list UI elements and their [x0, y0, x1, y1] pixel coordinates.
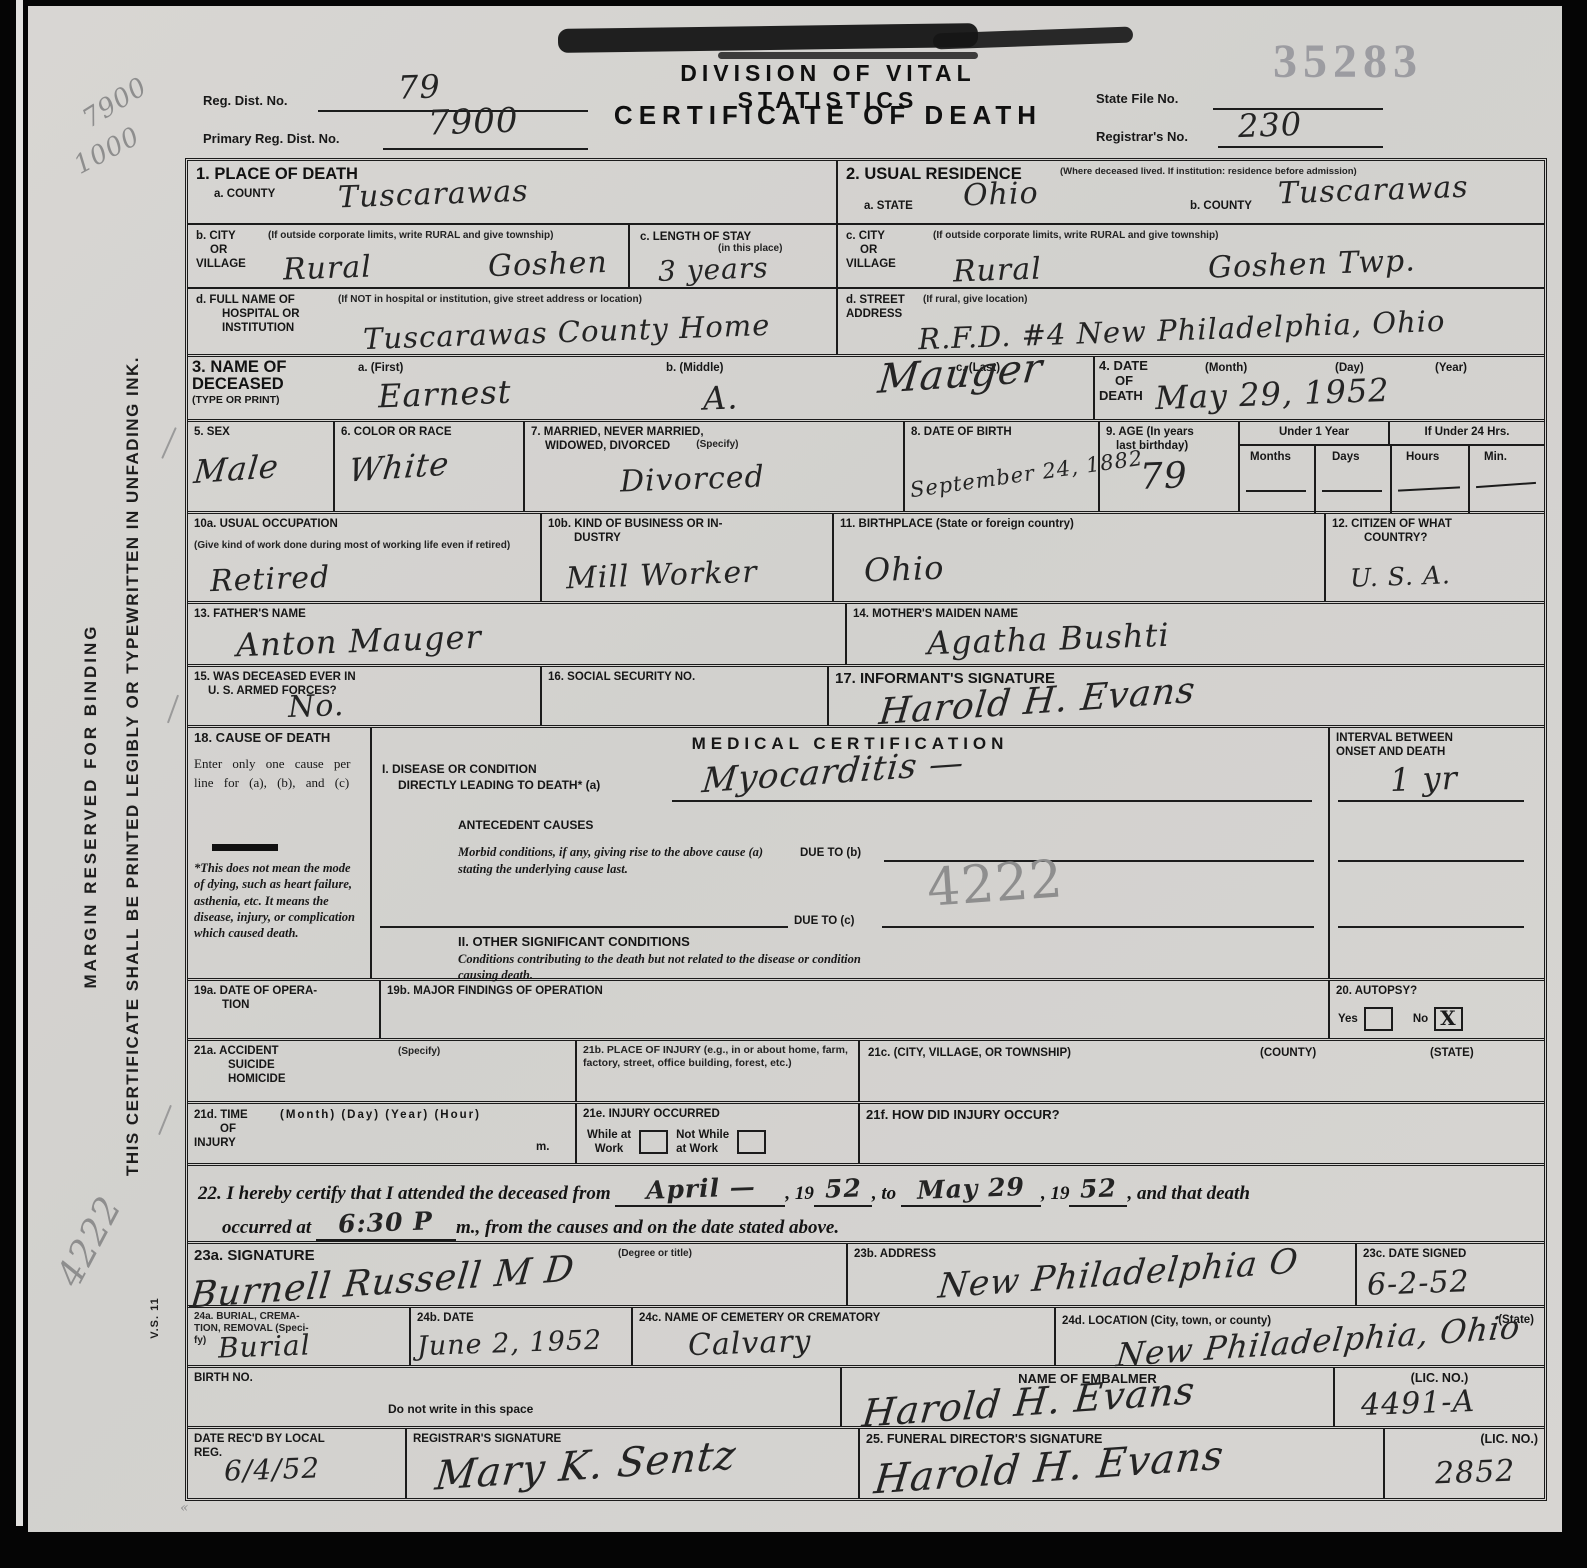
under-1-year-header: Under 1 Year: [1240, 422, 1390, 444]
certify-text-1: 22. I hereby certify that I attended the…: [198, 1183, 611, 1204]
pencil-stroke: [161, 427, 177, 459]
notwhile-label-1: Not While: [676, 1128, 729, 1142]
writing-line: [882, 926, 1314, 928]
from-year-field: 52: [814, 1176, 872, 1207]
funeral-director-section: 25. FUNERAL DIRECTOR'S SIGNATURE Harold …: [858, 1429, 1383, 1498]
certify-text-4: , 19: [1041, 1183, 1070, 1204]
armed-forces-section: 15. WAS DECEASED EVER IN U. S. ARMED FOR…: [188, 667, 540, 725]
city-label-1: b. CITY: [196, 229, 254, 243]
row-operation: 19a. DATE OF OPERA- TION 19b. MAJOR FIND…: [188, 978, 1544, 1038]
degree-title-note: (Degree or title): [618, 1248, 692, 1260]
certificate-paper: MARGIN RESERVED FOR BINDING THIS CERTIFI…: [28, 6, 1562, 1532]
institution-subrow: d. FULL NAME OF HOSPITAL OR INSTITUTION …: [188, 289, 836, 354]
institution-label-1: d. FULL NAME OF: [196, 293, 326, 307]
dod-title-2: OF: [1099, 374, 1148, 389]
hours-label: Hours: [1406, 450, 1439, 464]
name-of-deceased-section: 3. NAME OF DECEASED (TYPE OR PRINT) a. (…: [188, 357, 1093, 419]
residence-county-value: Tuscarawas: [1277, 170, 1469, 212]
first-name-value: Earnest: [377, 373, 512, 416]
embalmer-name-section: NAME OF EMBALMER Harold H. Evans: [840, 1368, 1333, 1426]
certify-text-5: , and that death: [1127, 1183, 1249, 1204]
certify-text-7: m., from the causes and on the date stat…: [456, 1217, 839, 1238]
injury-occurred-options: While at Work Not While at Work: [587, 1128, 766, 1156]
registrar-no-value: 230: [1237, 105, 1302, 145]
divider: [1468, 446, 1470, 514]
mother-value: Agatha Bushti: [926, 616, 1170, 662]
name-title-3: (TYPE OR PRINT): [192, 394, 286, 407]
pencil-note-1000: 1000: [69, 121, 145, 180]
row-burial: 24a. BURIAL, CREMA- TION, REMOVAL (Speci…: [188, 1305, 1544, 1365]
accident-label-2: SUICIDE: [194, 1058, 569, 1072]
residence-city-label-3: VILLAGE: [846, 257, 906, 271]
row-occupation: 10a. USUAL OCCUPATION (Give kind of work…: [188, 511, 1544, 601]
death-time-field: 6:30 P: [316, 1210, 456, 1241]
other-conditions-title: II. OTHER SIGNIFICANT CONDITIONS: [458, 934, 690, 950]
date-of-death-section: 4. DATE OF DEATH (Month) (Day) (Year) Ma…: [1093, 357, 1544, 419]
middle-name-value: A.: [702, 378, 739, 417]
disease-label-1: I. DISEASE OR CONDITION: [382, 762, 537, 777]
institution-label-3: INSTITUTION: [196, 321, 326, 335]
row-medical-certification: 18. CAUSE OF DEATH Enter only one cause …: [188, 725, 1544, 978]
occupation-label: 10a. USUAL OCCUPATION: [194, 517, 534, 531]
sex-section: 5. SEX Male: [188, 422, 333, 511]
occupation-section: 10a. USUAL OCCUPATION (Give kind of work…: [188, 514, 540, 601]
pencil-note-7900: 7900: [77, 72, 152, 135]
date-received-section: DATE REC'D BY LOCAL REG. 6/4/52: [188, 1429, 405, 1498]
infant-age-section: Under 1 Year If Under 24 Hrs. Months Day…: [1238, 422, 1544, 511]
date-signed-section: 23c. DATE SIGNED 6-2-52: [1355, 1244, 1544, 1305]
row-name-date: 3. NAME OF DECEASED (TYPE OR PRINT) a. (…: [188, 354, 1544, 419]
residence-city-label-1: c. CITY: [846, 229, 906, 243]
citizen-label-2: COUNTRY?: [1332, 531, 1538, 545]
birthplace-value: Ohio: [863, 549, 945, 590]
residence-township-value: Goshen Twp.: [1207, 243, 1416, 285]
unfading-ink-text: THIS CERTIFICATE SHALL BE PRINTED LEGIBL…: [123, 356, 143, 1176]
while-at-work-checkbox: [639, 1130, 668, 1154]
antecedent-label: ANTECEDENT CAUSES: [458, 818, 593, 833]
injury-time-section: 21d. TIME OF INJURY (Month) (Day) (Year)…: [188, 1104, 575, 1163]
bottom-mark: «: [180, 1500, 190, 1516]
burial-date-section: 24b. DATE June 2, 1952: [409, 1308, 631, 1365]
dob-section: 8. DATE OF BIRTH September 24, 1882: [903, 422, 1098, 511]
industry-section: 10b. KIND OF BUSINESS OR IN- DUSTRY Mill…: [540, 514, 832, 601]
autopsy-no-checkbox: X: [1434, 1007, 1463, 1031]
name-title-2: DECEASED: [192, 376, 286, 393]
due-to-b-label: DUE TO (b): [800, 846, 861, 860]
residence-state-value: Ohio: [962, 176, 1039, 214]
certify-text-6: occurred at: [222, 1217, 311, 1238]
burial-type-label-1: 24a. BURIAL, CREMA-: [194, 1311, 403, 1323]
pencil-stroke: [167, 695, 179, 724]
accident-label-3: HOMICIDE: [194, 1072, 569, 1086]
county-label: a. COUNTY: [214, 187, 275, 201]
institution-label-2: HOSPITAL OR: [196, 307, 326, 321]
birthplace-label: 11. BIRTHPLACE (State or foreign country…: [840, 517, 1318, 531]
industry-label-1: 10b. KIND OF BUSINESS OR IN-: [548, 517, 826, 531]
scanned-death-certificate: { "scan": { "stamp": "35283", "pencil_to…: [0, 0, 1587, 1568]
date-signed-value: 6-2-52: [1366, 1264, 1470, 1303]
injury-county-label: (COUNTY): [1260, 1046, 1316, 1060]
injury-occurred-section: 21e. INJURY OCCURRED While at Work Not W…: [575, 1104, 858, 1163]
first-name-label: a. (First): [358, 361, 403, 375]
document-subtitle: CERTIFICATE OF DEATH: [588, 100, 1068, 131]
operation-findings-section: 19b. MAJOR FINDINGS OF OPERATION: [379, 981, 1328, 1038]
dob-label: 8. DATE OF BIRTH: [911, 425, 1092, 439]
row-identifiers: 15. WAS DECEASED EVER IN U. S. ARMED FOR…: [188, 664, 1544, 725]
institution-label-block: d. FULL NAME OF HOSPITAL OR INSTITUTION: [196, 293, 326, 335]
street-label-2: ADDRESS: [846, 307, 916, 321]
burial-location-section: 24d. LOCATION (City, town, or county) (S…: [1054, 1308, 1544, 1365]
sex-label: 5. SEX: [194, 425, 327, 439]
interval-label-1: INTERVAL BETWEEN: [1336, 731, 1538, 745]
dod-year-label: (Year): [1435, 361, 1467, 375]
not-while-at-work-label: Not While at Work: [676, 1128, 729, 1156]
attended-from-value: April —: [645, 1172, 756, 1205]
how-injury-label: 21f. HOW DID INJURY OCCUR?: [866, 1107, 1538, 1123]
primary-reg-dist-value: 7900: [427, 100, 519, 143]
certify-text-2: , 19: [785, 1183, 814, 1204]
row-injury-time: 21d. TIME OF INJURY (Month) (Day) (Year)…: [188, 1101, 1544, 1163]
row-vitals: 5. SEX Male 6. COLOR OR RACE White 7. MA…: [188, 419, 1544, 511]
pencil-note-4222-margin: 4222: [49, 1190, 130, 1294]
operation-date-label-2: TION: [194, 998, 373, 1012]
row-certify-statement: 22. I hereby certify that I attended the…: [188, 1163, 1544, 1241]
infant-age-cells: Months Days Hours Min.: [1240, 446, 1544, 514]
director-lic-value: 2852: [1434, 1454, 1516, 1492]
injury-time-label-block: 21d. TIME OF INJURY: [194, 1108, 248, 1150]
checkmark-x: X: [1440, 1006, 1456, 1030]
injury-city-label: 21c. (CITY, VILLAGE, OR TOWNSHIP): [868, 1046, 1071, 1060]
row-parents: 13. FATHER'S NAME Anton Mauger 14. MOTHE…: [188, 601, 1544, 664]
age-section: 9. AGE (In years last birthday) 79: [1098, 422, 1238, 511]
place-of-death-title: 1. PLACE OF DEATH: [196, 166, 358, 183]
while-label-1: While at: [587, 1128, 631, 1142]
redaction-smudge: [718, 52, 978, 59]
embalmer-lic-value: 4491-A: [1360, 1384, 1475, 1423]
street-label-block: d. STREET ADDRESS: [846, 293, 916, 321]
occupation-value: Retired: [209, 560, 330, 599]
race-label: 6. COLOR OR RACE: [341, 425, 517, 439]
certify-statement-section: 22. I hereby certify that I attended the…: [188, 1166, 1544, 1241]
attended-to-value: May 29: [917, 1172, 1026, 1205]
dod-title-block: 4. DATE OF DEATH: [1099, 359, 1148, 404]
father-section: 13. FATHER'S NAME Anton Mauger: [188, 604, 845, 664]
registrar-signature-section: REGISTRAR'S SIGNATURE Mary K. Sentz: [405, 1429, 858, 1498]
autopsy-options: Yes No X: [1338, 1007, 1463, 1031]
injury-time-m-label: m.: [536, 1140, 549, 1154]
length-of-stay-value: 3 years: [657, 251, 769, 288]
autopsy-label: 20. AUTOPSY?: [1336, 984, 1538, 998]
writing-line: [1338, 926, 1524, 928]
writing-line: [672, 800, 1312, 802]
row-place-residence: 1. PLACE OF DEATH a. COUNTY Tuscarawas b…: [188, 161, 1544, 354]
director-lic-section: (LIC. NO.) 2852: [1383, 1429, 1544, 1498]
writing-line: [1338, 860, 1524, 862]
death-time-value: 6:30 P: [338, 1206, 434, 1238]
occupation-note: (Give kind of work done during most of w…: [194, 540, 514, 552]
dod-value: May 29, 1952: [1154, 371, 1390, 417]
morbid-note: Morbid conditions, if any, giving rise t…: [458, 844, 778, 878]
not-while-at-work-checkbox: [737, 1130, 766, 1154]
medical-certification-column: MEDICAL CERTIFICATION I. DISEASE OR COND…: [370, 728, 1328, 978]
dod-title-3: DEATH: [1099, 389, 1148, 404]
physician-signature-section: 23a. SIGNATURE (Degree or title) Burnell…: [188, 1244, 846, 1305]
age-label-1: 9. AGE (In years: [1106, 425, 1232, 439]
mother-section: 14. MOTHER'S MAIDEN NAME Agatha Bushti: [845, 604, 1544, 664]
injury-time-label-1: 21d. TIME: [194, 1108, 248, 1122]
age-label-2: last birthday): [1106, 439, 1232, 453]
interval-column: INTERVAL BETWEEN ONSET AND DEATH 1 yr: [1328, 728, 1544, 978]
cause-instructions: Enter only one cause per line for (a), (…: [194, 754, 352, 793]
while-at-work-label: While at Work: [587, 1128, 631, 1156]
do-not-write-note: Do not write in this space: [388, 1402, 533, 1417]
primary-reg-dist-label: Primary Reg. Dist. No.: [203, 132, 340, 147]
city-subrow: b. CITY OR VILLAGE (If outside corporate…: [188, 225, 836, 289]
row-registrar: DATE REC'D BY LOCAL REG. 6/4/52 REGISTRA…: [188, 1426, 1544, 1498]
row-injury-place: 21a. ACCIDENT SUICIDE HOMICIDE (Specify)…: [188, 1038, 1544, 1101]
institution-value: Tuscarawas County Home: [363, 308, 771, 356]
disease-label-2: DIRECTLY LEADING TO DEATH* (a): [398, 778, 600, 793]
cause-of-death-column: 18. CAUSE OF DEATH Enter only one cause …: [188, 728, 370, 978]
writing-line: [1246, 490, 1306, 492]
interval-value: 1 yr: [1389, 759, 1458, 799]
other-conditions-note: Conditions contributing to the death but…: [458, 952, 878, 983]
armed-forces-label-1: 15. WAS DECEASED EVER IN: [194, 670, 534, 684]
place-of-injury-section: 21b. PLACE OF INJURY (e.g., in or about …: [575, 1041, 858, 1101]
writing-line: [1322, 490, 1382, 492]
father-label: 13. FATHER'S NAME: [194, 607, 839, 621]
file-number-stamp: 35283: [1273, 34, 1423, 89]
redaction-smudge: [558, 23, 978, 53]
dod-month-label: (Month): [1205, 361, 1247, 375]
injury-location-section: 21c. (CITY, VILLAGE, OR TOWNSHIP) (COUNT…: [858, 1041, 1544, 1101]
thick-rule: [212, 844, 278, 851]
date-received-label-1: DATE REC'D BY LOCAL: [194, 1432, 399, 1446]
county-subrow: 1. PLACE OF DEATH a. COUNTY Tuscarawas: [188, 161, 836, 225]
industry-label-2: DUSTRY: [548, 531, 826, 545]
street-note: (If rural, give location): [923, 294, 1143, 306]
armed-forces-value: No.: [287, 688, 345, 725]
residence-county-label: b. COUNTY: [1190, 199, 1252, 213]
under-24-hrs-header: If Under 24 Hrs.: [1390, 422, 1544, 444]
place-of-injury-label: 21b. PLACE OF INJURY (e.g., in or about …: [583, 1044, 852, 1069]
pencil-number-4222: 4222: [925, 849, 1065, 918]
injury-occurred-label: 21e. INJURY OCCURRED: [583, 1107, 852, 1121]
race-value: White: [347, 444, 451, 489]
cemetery-label: 24c. NAME OF CEMETERY OR CREMATORY: [639, 1311, 1048, 1325]
writing-line: [1398, 486, 1460, 491]
physician-address-section: 23b. ADDRESS New Philadelphia O: [846, 1244, 1355, 1305]
burial-type-value: Burial: [217, 1328, 311, 1364]
cemetery-value: Calvary: [687, 1324, 812, 1363]
form-code: V.S. 11: [149, 1297, 161, 1338]
city-label-block: b. CITY OR VILLAGE: [196, 229, 254, 271]
certify-text-3: , to: [872, 1183, 896, 1204]
residence-state-label: a. STATE: [864, 199, 913, 213]
attended-from-field: April —: [615, 1176, 785, 1207]
marital-value: Divorced: [619, 459, 765, 499]
ssn-section: 16. SOCIAL SECURITY NO.: [540, 667, 827, 725]
middle-name-label: b. (Middle): [666, 361, 724, 375]
to-year-field: 52: [1069, 1176, 1127, 1207]
injury-state-label: (STATE): [1430, 1046, 1474, 1060]
min-label: Min.: [1484, 450, 1507, 464]
marital-label-1: 7. MARRIED, NEVER MARRIED,: [531, 425, 897, 439]
township-value: Goshen: [487, 245, 608, 284]
divider: [1314, 446, 1316, 514]
city-note: (If outside corporate limits, write RURA…: [268, 230, 568, 242]
operation-date-section: 19a. DATE OF OPERA- TION: [188, 981, 379, 1038]
from-year-value: 52: [824, 1173, 862, 1203]
accident-label-1: 21a. ACCIDENT: [194, 1044, 569, 1058]
marital-specify-note: (Specify): [696, 439, 738, 453]
interval-label-2: ONSET AND DEATH: [1336, 745, 1538, 759]
days-label: Days: [1332, 450, 1360, 464]
row-embalmer: BIRTH NO. Do not write in this space NAM…: [188, 1365, 1544, 1426]
writing-line: [380, 926, 788, 928]
mother-label: 14. MOTHER'S MAIDEN NAME: [853, 607, 1538, 621]
divider: [628, 225, 630, 287]
father-value: Anton Mauger: [235, 618, 482, 665]
accident-specify-note: (Specify): [398, 1046, 440, 1058]
registrar-no-label: Registrar's No.: [1096, 130, 1188, 145]
injury-time-label-2: OF: [194, 1122, 248, 1136]
county-value: Tuscarawas: [337, 174, 529, 216]
residence-city-label-2: OR: [846, 243, 906, 257]
date-signed-label: 23c. DATE SIGNED: [1363, 1247, 1538, 1261]
cause-of-death-title: 18. CAUSE OF DEATH: [194, 731, 364, 746]
city-label-2: OR: [196, 243, 254, 257]
residence-city-value: Rural: [952, 251, 1042, 289]
writing-line: [1218, 146, 1383, 148]
institution-note: (If NOT in hospital or institution, give…: [338, 294, 808, 306]
date-received-value: 6/4/52: [223, 1451, 320, 1487]
to-year-value: 52: [1080, 1173, 1118, 1203]
sheet-edge: [16, 0, 23, 1526]
citizen-section: 12. CITIZEN OF WHAT COUNTRY? U. S. A.: [1324, 514, 1544, 601]
autopsy-yes-checkbox: [1364, 1007, 1393, 1031]
divider: [1390, 446, 1392, 514]
operation-date-label-1: 19a. DATE OF OPERA-: [194, 984, 373, 998]
place-of-death-section: 1. PLACE OF DEATH a. COUNTY Tuscarawas b…: [188, 161, 836, 354]
armed-forces-label-2: U. S. ARMED FORCES?: [194, 684, 534, 698]
writing-line: [383, 148, 588, 150]
attended-to-field: May 29: [901, 1176, 1041, 1207]
marital-section: 7. MARRIED, NEVER MARRIED, WIDOWED, DIVO…: [523, 422, 903, 511]
operation-findings-label: 19b. MAJOR FINDINGS OF OPERATION: [387, 984, 1322, 998]
writing-line: [1338, 800, 1524, 802]
injury-time-columns: (Month) (Day) (Year) (Hour): [280, 1108, 481, 1122]
infant-age-headers: Under 1 Year If Under 24 Hrs.: [1240, 422, 1544, 446]
usual-residence-section: 2. USUAL RESIDENCE (Where deceased lived…: [836, 161, 1544, 354]
reg-dist-value: 79: [397, 67, 441, 106]
marital-label-2: WIDOWED, DIVORCED: [531, 439, 670, 453]
how-injury-section: 21f. HOW DID INJURY OCCUR?: [858, 1104, 1544, 1163]
age-value: 79: [1139, 455, 1188, 498]
citizen-label-1: 12. CITIZEN OF WHAT: [1332, 517, 1538, 531]
state-file-label: State File No.: [1096, 92, 1178, 107]
writing-line: [1476, 482, 1536, 488]
residence-city-subrow: c. CITY OR VILLAGE (If outside corporate…: [838, 225, 1544, 289]
row-physician: 23a. SIGNATURE (Degree or title) Burnell…: [188, 1241, 1544, 1305]
city-value: Rural: [282, 249, 372, 287]
ssn-label: 16. SOCIAL SECURITY NO.: [548, 670, 821, 684]
burial-date-value: June 2, 1952: [417, 1325, 603, 1362]
informant-section: 17. INFORMANT'S SIGNATURE Harold H. Evan…: [827, 667, 1544, 725]
accident-section: 21a. ACCIDENT SUICIDE HOMICIDE (Specify): [188, 1041, 575, 1101]
burial-type-section: 24a. BURIAL, CREMA- TION, REMOVAL (Speci…: [188, 1308, 409, 1365]
street-label-1: d. STREET: [846, 293, 916, 307]
dod-title-1: 4. DATE: [1099, 359, 1148, 374]
birth-no-section: BIRTH NO. Do not write in this space: [188, 1368, 840, 1426]
length-of-stay-label: c. LENGTH OF STAY: [640, 230, 751, 244]
cemetery-section: 24c. NAME OF CEMETERY OR CREMATORY Calva…: [631, 1308, 1054, 1365]
certificate-grid: 1. PLACE OF DEATH a. COUNTY Tuscarawas b…: [185, 158, 1547, 1501]
residence-city-note: (If outside corporate limits, write RURA…: [933, 230, 1373, 242]
name-title-1: 3. NAME OF: [192, 359, 286, 376]
street-subrow: d. STREET ADDRESS (If rural, give locati…: [838, 289, 1544, 354]
notwhile-label-2: at Work: [676, 1142, 729, 1156]
burial-date-label: 24b. DATE: [417, 1311, 625, 1325]
autopsy-section: 20. AUTOPSY? Yes No X: [1328, 981, 1544, 1038]
birth-no-label: BIRTH NO.: [194, 1371, 834, 1385]
autopsy-yes-label: Yes: [1338, 1012, 1358, 1026]
reg-dist-label: Reg. Dist. No.: [203, 94, 288, 109]
embalmer-lic-section: (LIC. NO.) 4491-A: [1333, 1368, 1544, 1426]
state-county-subrow: 2. USUAL RESIDENCE (Where deceased lived…: [838, 161, 1544, 225]
sex-value: Male: [192, 447, 281, 491]
autopsy-no-label: No: [1413, 1012, 1428, 1026]
pencil-stroke: [158, 1105, 172, 1135]
injury-time-label-3: INJURY: [194, 1136, 248, 1150]
name-title-block: 3. NAME OF DECEASED (TYPE OR PRINT): [192, 359, 286, 406]
director-lic-label: (LIC. NO.): [1391, 1432, 1538, 1447]
race-section: 6. COLOR OR RACE White: [333, 422, 523, 511]
cause-star-note: *This does not mean the mode of dying, s…: [194, 860, 360, 941]
citizen-value: U. S. A.: [1350, 560, 1452, 593]
while-label-2: Work: [587, 1142, 631, 1156]
binding-margin-text: MARGIN RESERVED FOR BINDING: [81, 624, 101, 989]
industry-value: Mill Worker: [565, 555, 758, 597]
birthplace-section: 11. BIRTHPLACE (State or foreign country…: [832, 514, 1324, 601]
city-label-3: VILLAGE: [196, 257, 254, 271]
burial-location-label: 24d. LOCATION (City, town, or county): [1062, 1314, 1271, 1328]
embalmer-lic-label: (LIC. NO.): [1341, 1371, 1538, 1386]
residence-city-label-block: c. CITY OR VILLAGE: [846, 229, 906, 271]
due-to-c-label: DUE TO (c): [794, 914, 855, 928]
months-label: Months: [1250, 450, 1291, 464]
